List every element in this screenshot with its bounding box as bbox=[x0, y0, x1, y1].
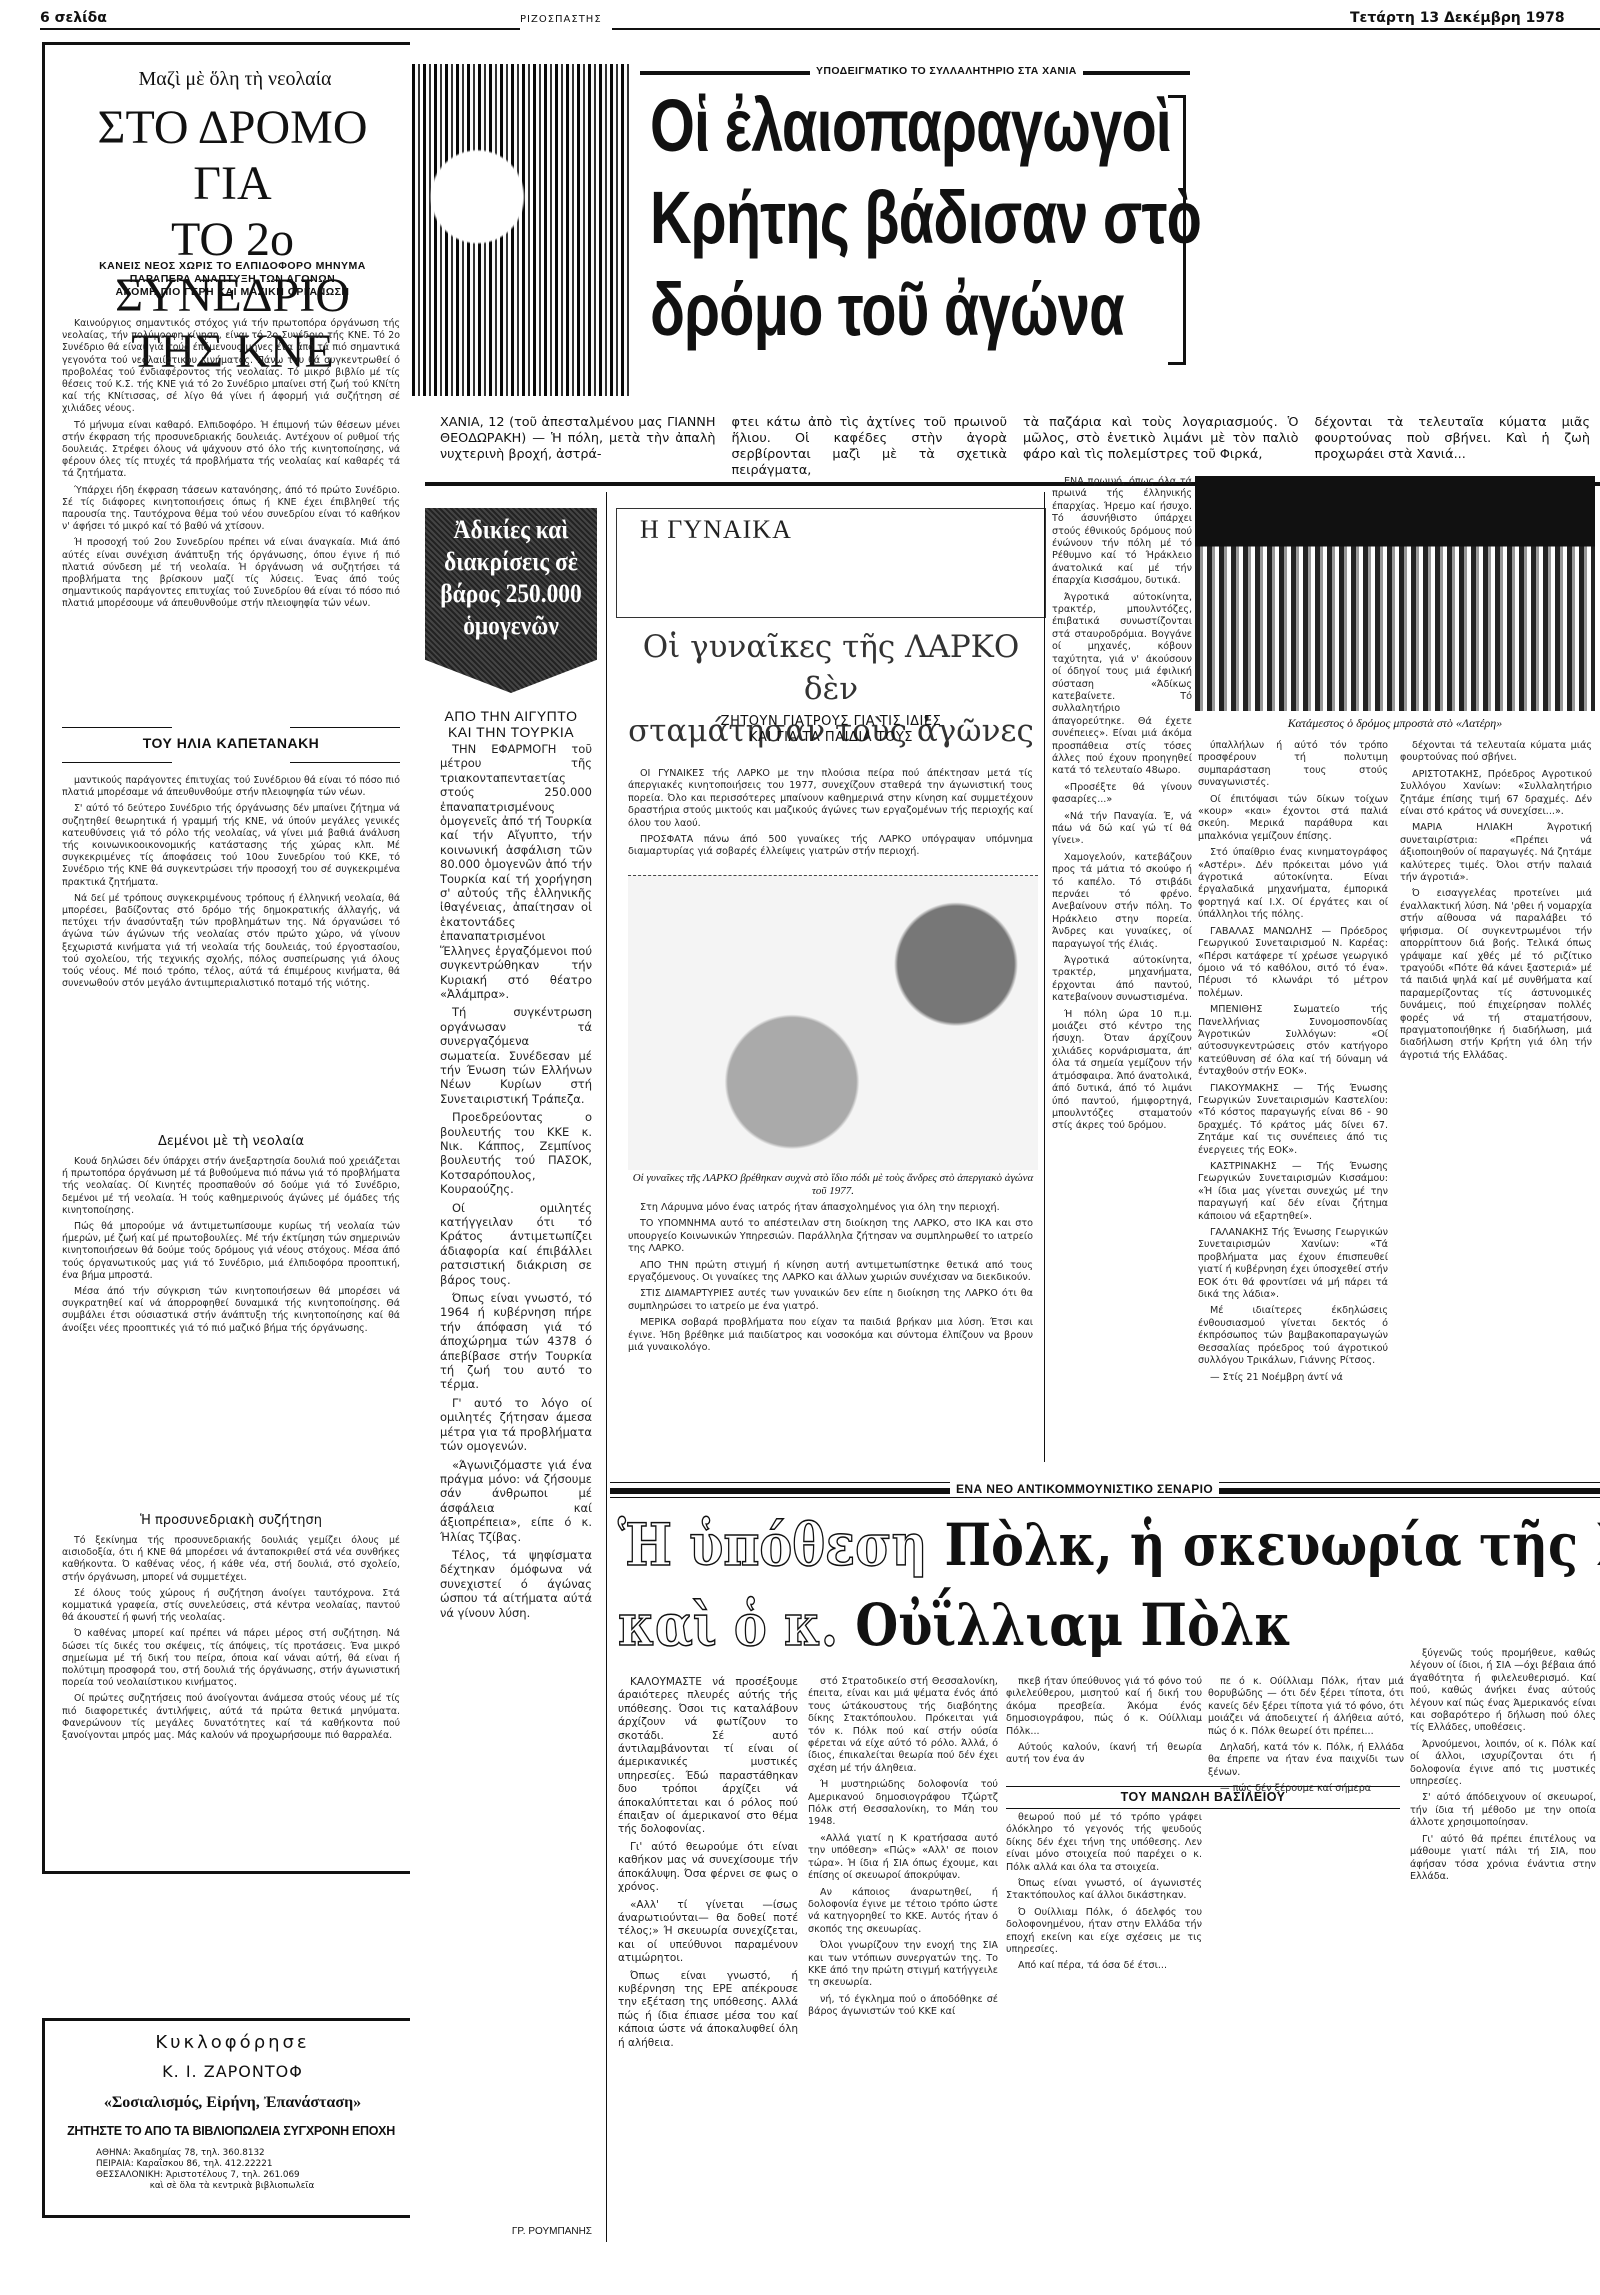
paragraph: «Προσέξτε θά γίνουν φασαρίες...» bbox=[1052, 782, 1192, 807]
paragraph: Τή συγκέντρωση οργάνωσαν τά συνεργαζόμεν… bbox=[440, 1005, 592, 1106]
paragraph: ΕΝΑ πρωινό, όπως όλα τά πρωινά τής έλλην… bbox=[1052, 476, 1192, 588]
paragraph: Όπως είναι γνωστό, τό 1964 ή κυβέρνηση π… bbox=[440, 1291, 592, 1392]
polk-body-col3b: θεωρού πού μέ τό τρόπο γράφει όλόκληρο τ… bbox=[1006, 1812, 1202, 2242]
page-number: 6 σελίδα bbox=[40, 10, 107, 26]
paragraph: «Αλλ' τί γίνεται —ίσως άναρωτιούνται— θα… bbox=[618, 1899, 798, 1966]
larco-photo-caption: Οἱ γυναῖκες τῆς ΛΑΡΚΟ βρέθηκαν συχνὰ στὸ… bbox=[628, 1172, 1038, 1198]
divider bbox=[62, 727, 172, 728]
larco-women-photo bbox=[628, 875, 1038, 1170]
adikies-body: ΤΗΝ ΕΦΑΡΜΟΓΗ τοῦ μέτρου τῆς τριακονταπεν… bbox=[440, 742, 592, 2232]
masthead-rule-right bbox=[612, 28, 1600, 30]
paragraph: «Αλλά γιατί η Κ κρατήσασα αυτό την υπόθε… bbox=[808, 1833, 998, 1883]
paragraph: Όπως είναι γνωστό, οί άγωνιστές Στακτόπο… bbox=[1006, 1878, 1202, 1903]
paragraph: μαντικούς παράγοντες έπιτυχίας τού Συνέδ… bbox=[62, 775, 400, 799]
paragraph: ΚΑΛΟΥΜΑΣΤΕ νά προσέξουμε άραιότερες πλευ… bbox=[618, 1676, 798, 1837]
paragraph: Αν κάποιος άναρωτηθεί, ή δολοφονία έγινε… bbox=[808, 1887, 998, 1937]
adikies-signature: ΓΡ. ΡΟΥΜΠΑΝΗΣ bbox=[440, 2226, 592, 2237]
paragraph: Άρνούμενοι, λοιπόν, οί κ. Πόλκ καί οί άλ… bbox=[1410, 1739, 1596, 1789]
paragraph: πε ό κ. Ούίλλιαμ Πόλκ, ήταν μιά θορυβώδη… bbox=[1208, 1676, 1404, 1738]
kne-subtitle-line: ΠΑΡΑΠΕΡΑ ΑΝΑΠΤΥΞΗ ΤΩΝ ΑΓΩΝΩΝ bbox=[60, 273, 405, 286]
kne-body-part2: μαντικούς παράγοντες έπιτυχίας τού Συνέδ… bbox=[62, 775, 400, 1130]
book-ad-released: Κυκλοφόρησε bbox=[60, 2032, 405, 2053]
book-ad-publisher: ΖΗΤΗΣΤΕ ΤΟ ΑΠΟ ΤΑ ΒΙΒΛΙΟΠΩΛΕΙΑ ΣΥΓΧΡΟΝΗ … bbox=[56, 2124, 406, 2138]
lead-column: ΧΑΝΙΑ, 12 (τοῦ ἀπεσταλμένου μας ΓΙΑΝΝΗ Θ… bbox=[440, 415, 716, 479]
kne-subtitle: ΚΑΝΕΙΣ ΝΕΟΣ ΧΩΡΙΣ ΤΟ ΕΛΠΙΔΟΦΟΡΟ ΜΗΝΥΜΑ Π… bbox=[60, 260, 405, 299]
crete-headline: Οἱ ἐλαιοπαραγωγοὶ Κρήτης βάδισαν στὸ δρό… bbox=[650, 80, 1056, 356]
paragraph: ΟΙ ΓΥΝΑΙΚΕΣ τής ΛΑΡΚΟ με την πλούσια πεί… bbox=[628, 768, 1033, 830]
crete-body-col3: δέχονται τά τελευταία κύματα μιάς φουρτο… bbox=[1400, 740, 1592, 1442]
paragraph: Σέ όλους τούς χώρους ή συζήτηση άνοίγει … bbox=[62, 1588, 400, 1625]
kne-body-intro: Καινούργιος σημαντικός στόχος γιά τήν πρ… bbox=[62, 318, 400, 720]
paragraph: στό Στρατοδικείο στή Θεσσαλονίκη, έπειτα… bbox=[808, 1676, 998, 1775]
adikies-subtitle: ΑΠΟ ΤΗΝ ΑΙΓΥΠΤΟ ΚΑΙ ΤΗΝ ΤΟΥΡΚΙΑ bbox=[425, 708, 597, 740]
paragraph: Ή προσοχή τού 2ου Συνεδρίου πρέπει νά εί… bbox=[62, 537, 400, 610]
headline-outline-part: καὶ ὁ κ. bbox=[618, 1591, 838, 1659]
polk-body-col5: ξύγενῶς τούς προμήθευε, καθώς λέγουν οί … bbox=[1410, 1648, 1596, 2242]
paragraph: Χαμογελούν, κατεβάζουν προς τά μάτια τό … bbox=[1052, 852, 1192, 951]
paragraph: Καινούργιος σημαντικός στόχος γιά τήν πρ… bbox=[62, 318, 400, 416]
paragraph: Γ' αυτό το λόγο οί ομιλητές ζήτησαν άμεσ… bbox=[440, 1396, 592, 1454]
kne-byline: ΤΟΥ ΗΛΙΑ ΚΑΠΕΤΑΝΑΚΗ bbox=[62, 735, 400, 751]
lead-column: φτει κάτω ἀπὸ τὶς ἀχτίνες τοῦ πρωινοῦ ἥλ… bbox=[732, 415, 1008, 479]
paragraph: «Άγωνιζόμαστε γιά ένα πράγμα μόνο: νά ζή… bbox=[440, 1458, 592, 1544]
book-ad-author: Κ. Ι. ΖΑΡΟΝΤΟΦ bbox=[60, 2062, 405, 2081]
paragraph: Οί πρώτες συζητήσεις πού άνοίγονται άνάμ… bbox=[62, 1693, 400, 1742]
headline-solid-part: Πὸλκ, ἡ σκευωρία τῆς ΣΙΑ bbox=[945, 1511, 1600, 1579]
kne-body-part3: Κουά δηλώσει δέν ύπάρχει στήν άνεξαρτησί… bbox=[62, 1156, 400, 1512]
paragraph: Δηλαδή, κατά τόν κ. Πόλκ, ή Ελλάδα θα έπ… bbox=[1208, 1742, 1404, 1779]
paragraph: — Στίς 21 Νοέμβρη άντί νά bbox=[1198, 1372, 1388, 1384]
column-divider bbox=[1044, 492, 1045, 1462]
newspaper-name: ΡΙΖΟΣΠΑΣΤΗΣ bbox=[520, 14, 602, 25]
polk-headline-line1: Ἡ ὑπόθεση Πὸλκ, ἡ σκευωρία τῆς ΣΙΑ bbox=[618, 1508, 1460, 1582]
book-ad-title: «Σοσιαλισμός, Εἰρήνη, Ἐπανάσταση» bbox=[60, 2094, 405, 2112]
crete-headline-line: Οἱ ἐλαιοπαραγωγοὶ bbox=[650, 80, 1056, 172]
adikies-subtitle-line: ΑΠΟ ΤΗΝ ΑΙΓΥΠΤΟ bbox=[425, 708, 597, 724]
polk-kicker: ΕΝΑ ΝΕΟ ΑΝΤΙΚΟΜΜΟΥΝΙΣΤΙΚΟ ΣΕΝΑΡΙΟ bbox=[610, 1482, 1600, 1498]
paragraph: ΑΡΙΣΤΟΤΑΚΗΣ, Πρόεδρος Αγροτικού Συλλόγου… bbox=[1400, 769, 1592, 819]
paragraph: Ό Ουίλλιαμ Πόλκ, ό άδελφός του δολοφονημ… bbox=[1006, 1907, 1202, 1957]
paragraph: ΜΑΡΙΑ ΗΛΙΑΚΗ Άγροτική συνεταιρίστρια: «Π… bbox=[1400, 822, 1592, 884]
crete-headline-line: δρόμο τοῦ ἀγώνα bbox=[650, 264, 1056, 356]
masthead-rule-left bbox=[40, 28, 520, 30]
paragraph: Προεδρεύοντας ο βουλευτής του ΚΚΕ κ. Νικ… bbox=[440, 1110, 592, 1196]
crete-body-col1: ΕΝΑ πρωινό, όπως όλα τά πρωινά τής έλλην… bbox=[1052, 476, 1192, 1442]
paragraph: Νά δεί μέ τρόπους συγκεκριμένους τρόπους… bbox=[62, 893, 400, 991]
paragraph: θεωρού πού μέ τό τρόπο γράφει όλόκληρο τ… bbox=[1006, 1812, 1202, 1874]
paragraph: Πώς θά μπορούμε νά άντιμετωπίσουμε κυρίω… bbox=[62, 1221, 400, 1282]
kne-subtitle-line: ΚΑΝΕΙΣ ΝΕΟΣ ΧΩΡΙΣ ΤΟ ΕΛΠΙΔΟΦΟΡΟ ΜΗΝΥΜΑ bbox=[60, 260, 405, 273]
address-line: ΑΘΗΝΑ: Ἀκαδημίας 78, τηλ. 360.8132 bbox=[96, 2148, 396, 2159]
paragraph: Τό μήνυμα είναι καθαρό. Ελπιδοφόρο. Ή έπ… bbox=[62, 420, 400, 481]
paragraph: ΓΙΑΚΟΥΜΑΚΗΣ — Τής Ένωσης Γεωργικών Συνετ… bbox=[1198, 1083, 1388, 1157]
paragraph: Μέ ιδιαίτερες έκδηλώσεις ένθουσιασμού γί… bbox=[1198, 1305, 1388, 1367]
paragraph: Ή μυστηριώδης δολοφονία τού Αμερικανού δ… bbox=[808, 1779, 998, 1829]
paragraph: Τέλος, τά ψηφίσματα δέχτηκαν όμόφωνα νά … bbox=[440, 1548, 592, 1620]
paragraph: Στη Λάρυμνα μόνο ένας ιατρός ήταν άπασχο… bbox=[628, 1202, 1033, 1214]
paragraph: ΜΕΡΙΚΑ σοβαρά προβλήματα που είχαν τα πα… bbox=[628, 1317, 1033, 1354]
column-divider bbox=[606, 492, 607, 2242]
address-footer: καὶ σὲ ὅλα τὰ κεντρικὰ βιβλιοπωλεῖα bbox=[68, 2181, 396, 2192]
adikies-headline-line: Ἀδικίες καὶ bbox=[434, 514, 589, 546]
kne-subtitle-line: ΑΚΟΜΗ ΠΙΟ ΓΕΡΗ ΚΑΙ ΜΑΖΙΚΗ ΟΡΓΑΝΩΣΗ bbox=[60, 286, 405, 299]
paragraph: ΑΠΟ ΤΗΝ πρώτη στιγμή ή κίνηση αυτή αντιμ… bbox=[628, 1260, 1033, 1285]
paragraph: — πώς δέν ξέρουμε καί σήμερα bbox=[1208, 1783, 1404, 1795]
larco-subtitle: ΖΗΤΟΥΝ ΓΙΑΤΡΟΥΣ ΓΙΑ ΤΙΣ ΙΔΙΕΣ ΚΑΙ ΓΙΑ ΤΑ… bbox=[616, 714, 1046, 746]
paragraph: ΓΑΒΑΛΑΣ ΜΑΝΩΛΗΣ — Πρόεδρος Γεωργικού Συν… bbox=[1198, 926, 1388, 1000]
paragraph: ξύγενῶς τούς προμήθευε, καθώς λέγουν οί … bbox=[1410, 1648, 1596, 1735]
paragraph: ΚΑΣΤΡΙΝΑΚΗΣ — Τής Ένωσης Γεωργικών Συνετ… bbox=[1198, 1161, 1388, 1223]
adikies-headline: Ἀδικίες καὶ διακρίσεις σὲ βάρος 250.000 … bbox=[434, 514, 589, 642]
kne-headline-line: ΣΤΟ ΔΡΟΜΟ ΓΙΑ bbox=[55, 100, 410, 212]
paragraph: Όλοι γνωρίζουν την ενοχή της ΣΙΑ και των… bbox=[808, 1940, 998, 1990]
crete-rally-photo bbox=[412, 64, 630, 396]
paragraph: Όπως είναι γνωστό, ή κυβέρνηση της ΕΡΕ α… bbox=[618, 1970, 798, 2050]
crete-body-col2: ύπαλλήλων ή αύτό τόν τρόπο προσφέρουν τή… bbox=[1198, 740, 1388, 1442]
crete-headline-line: Κρήτης βάδισαν στὸ bbox=[650, 172, 1056, 264]
paragraph: ΤΟ ΥΠΟΜΝΗΜΑ αυτό το απέστειλαν στη διοίκ… bbox=[628, 1218, 1033, 1255]
polk-body-col3: πκεβ ήταν ύπεύθυνος γιά τό φόνο τού φιλε… bbox=[1006, 1676, 1202, 1784]
kne-section-heading: Ἡ προσυνεδριακὴ συζήτηση bbox=[62, 1513, 400, 1528]
paragraph: Τό ξεκίνημα τής προσυνεδριακής δουλιάς γ… bbox=[62, 1535, 400, 1584]
polk-body-col4: πε ό κ. Ούίλλιαμ Πόλκ, ήταν μιά θορυβώδη… bbox=[1208, 1676, 1404, 2242]
paragraph: Γι' αύτό θά πρέπει έπιτέλους να μάθουμε … bbox=[1410, 1834, 1596, 1884]
kicker-text: ΕΝΑ ΝΕΟ ΑΝΤΙΚΟΜΜΟΥΝΙΣΤΙΚΟ ΣΕΝΑΡΙΟ bbox=[950, 1482, 1219, 1496]
paragraph: Αύτούς καλούν, ίκανή τή θεωρία αυτή τον … bbox=[1006, 1742, 1202, 1767]
adikies-headline-line: βάρος 250.000 bbox=[434, 578, 589, 610]
paragraph: Μέσα άπό τήν σύγκριση τών κινητοποιήσεων… bbox=[62, 1286, 400, 1335]
paragraph: Ό καθένας μπορεί καί πρέπει νά πάρει μέρ… bbox=[62, 1628, 400, 1689]
crete-photo-caption: Κατάμεστος ὁ δρόμος μπροστὰ στὸ «Λατέρη» bbox=[1195, 716, 1595, 731]
lead-column: τὰ παζάρια καὶ τοὺς λογαριασμούς. Ὁ μῶλο… bbox=[1023, 415, 1299, 479]
headline-solid-part: Οὐΐλλιαμ Πὸλκ bbox=[855, 1591, 1291, 1659]
larco-headline-line: Οἱ γυναῖκες τῆς ΛΑΡΚΟ δὲν bbox=[616, 626, 1046, 710]
paragraph: Άγροτικά αύτοκίνητα, τρακτέρ, μηχανήματα… bbox=[1052, 955, 1192, 1005]
divider bbox=[290, 762, 400, 763]
divider bbox=[290, 727, 400, 728]
paragraph: Στό ύπαίθριο ένας κινηματογράφος «Αστέρι… bbox=[1198, 847, 1388, 921]
paragraph: Οί ομιλητές κατήγγειλαν ότι τό Κράτος άν… bbox=[440, 1201, 592, 1287]
crete-lead: ΧΑΝΙΑ, 12 (τοῦ ἀπεσταλμένου μας ΓΙΑΝΝΗ Θ… bbox=[440, 415, 1590, 479]
paragraph: Άγροτικά αύτοκίνητα, τρακτέρ, μπουλντόζε… bbox=[1052, 592, 1192, 778]
paragraph: Σ' αύτό άπόδειχνουν οί σκευωροί, τήν ίδι… bbox=[1410, 1792, 1596, 1829]
polk-lead: ΚΑΛΟΥΜΑΣΤΕ νά προσέξουμε άραιότερες πλευ… bbox=[618, 1676, 798, 2236]
paragraph: ΜΠΕΝΙΘΗΣ Σωματείο τής Πανελλήνιας Συνομο… bbox=[1198, 1004, 1388, 1078]
paragraph: ΓΑΛΑΝΑΚΗΣ Τής Ένωσης Γεωργικών Συνεταιρι… bbox=[1198, 1227, 1388, 1301]
paragraph: πκεβ ήταν ύπεύθυνος γιά τό φόνο τού φιλε… bbox=[1006, 1676, 1202, 1738]
headline-outline-part: Ἡ ὑπόθεση bbox=[618, 1511, 927, 1579]
lead-column: δέχονται τὰ τελευταῖα κύματα μιᾶς φουρτο… bbox=[1315, 415, 1591, 479]
paragraph: ΠΡΟΣΦΑΤΑ πάνω άπό 500 γυναίκες τής ΛΑΡΚΟ… bbox=[628, 834, 1033, 859]
divider bbox=[62, 762, 172, 763]
book-ad-addresses: ΑΘΗΝΑ: Ἀκαδημίας 78, τηλ. 360.8132 ΠΕΙΡΑ… bbox=[96, 2148, 396, 2192]
larco-body-top: ΟΙ ΓΥΝΑΙΚΕΣ τής ΛΑΡΚΟ με την πλούσια πεί… bbox=[628, 768, 1033, 868]
paragraph: Ή πόλη ώρα 10 π.μ. μοιάζει στό κέντρο τη… bbox=[1052, 1009, 1192, 1133]
kne-body-part4: Τό ξεκίνημα τής προσυνεδριακής δουλιάς γ… bbox=[62, 1535, 400, 1865]
paragraph: ύπαλλήλων ή αύτό τόν τρόπο προσφέρουν τή… bbox=[1198, 740, 1388, 790]
larco-subtitle-line: ΚΑΙ ΓΙΑ ΤΑ ΠΑΙΔΙΑ ΤΟΥΣ bbox=[616, 730, 1046, 746]
issue-date: Τετάρτη 13 Δεκέμβρη 1978 bbox=[1350, 10, 1565, 26]
paragraph: Σ' αύτό τό δεύτερο Συνέδριο τής όργάνωση… bbox=[62, 803, 400, 888]
woman-section-title: Η ΓΥΝΑΙΚΑ bbox=[640, 515, 792, 545]
address-line: ΠΕΙΡΑΙΑ: Καραΐσκου 86, τηλ. 412.22221 bbox=[96, 2159, 396, 2170]
paragraph: Ύπάρχει ήδη έκφραση τάσεων κατανόησης, ά… bbox=[62, 485, 400, 534]
adikies-headline-line: διακρίσεις σὲ bbox=[434, 546, 589, 578]
crete-street-photo bbox=[1195, 476, 1595, 711]
headline-bracket bbox=[1168, 95, 1186, 365]
paragraph: ΤΗΝ ΕΦΑΡΜΟΓΗ τοῦ μέτρου τῆς τριακονταπεν… bbox=[440, 742, 592, 1001]
adikies-subtitle-line: ΚΑΙ ΤΗΝ ΤΟΥΡΚΙΑ bbox=[425, 724, 597, 740]
paragraph: δέχονται τά τελευταία κύματα μιάς φουρτο… bbox=[1400, 740, 1592, 765]
larco-subtitle-line: ΖΗΤΟΥΝ ΓΙΑΤΡΟΥΣ ΓΙΑ ΤΙΣ ΙΔΙΕΣ bbox=[616, 714, 1046, 730]
address-line: ΘΕΣΣΑΛΟΝΙΚΗ: Ἀριστοτέλους 7, τηλ. 261.06… bbox=[96, 2170, 396, 2181]
paragraph: Ό εισαγγελέας προτείνει μιά έναλλακτική … bbox=[1400, 888, 1592, 1062]
paragraph: «Νά τήν Παναγία. Έ, νά πάω νά δώ καί γώ … bbox=[1052, 811, 1192, 848]
paragraph: Από καί πέρα, τά όσα δέ έτσι... bbox=[1006, 1960, 1202, 1972]
kne-kicker: Μαζὶ μὲ ὅλη τὴ νεολαία bbox=[60, 68, 410, 91]
larco-body-bottom: Στη Λάρυμνα μόνο ένας ιατρός ήταν άπασχο… bbox=[628, 1202, 1033, 1452]
paragraph: ΣΤΙΣ ΔΙΑΜΑΡΤΥΡΙΕΣ αυτές των γυναικών δεν… bbox=[628, 1288, 1033, 1313]
polk-headline-line2: καὶ ὁ κ. Οὐΐλλιαμ Πὸλκ bbox=[618, 1588, 1230, 1662]
paragraph: Γι' αύτό θεωρούμε ότι είναι καθήκον μας … bbox=[618, 1841, 798, 1895]
paragraph: Κουά δηλώσει δέν ύπάρχει στήν άνεξαρτησί… bbox=[62, 1156, 400, 1217]
kicker-text: ΥΠΟΔΕΙΓΜΑΤΙΚΟ ΤΟ ΣΥΛΛΑΛΗΤΗΡΙΟ ΣΤΑ ΧΑΝΙΑ bbox=[810, 65, 1083, 77]
adikies-headline-line: ὁμογενῶν bbox=[434, 610, 589, 642]
polk-body-col2: στό Στρατοδικείο στή Θεσσαλονίκη, έπειτα… bbox=[808, 1676, 998, 2236]
kne-section-heading: Δεμένοι μὲ τὴ νεολαία bbox=[62, 1134, 400, 1149]
paragraph: νή, τό έγκλημα πού ο άποδόθηκε σέ βάρος … bbox=[808, 1994, 998, 2019]
crete-kicker: ΥΠΟΔΕΙΓΜΑΤΙΚΟ ΤΟ ΣΥΛΛΑΛΗΤΗΡΙΟ ΣΤΑ ΧΑΝΙΑ bbox=[640, 65, 1200, 79]
paragraph: Οί έπιτόψασι τών δίκων τοίχων «κουρ» «κα… bbox=[1198, 794, 1388, 844]
